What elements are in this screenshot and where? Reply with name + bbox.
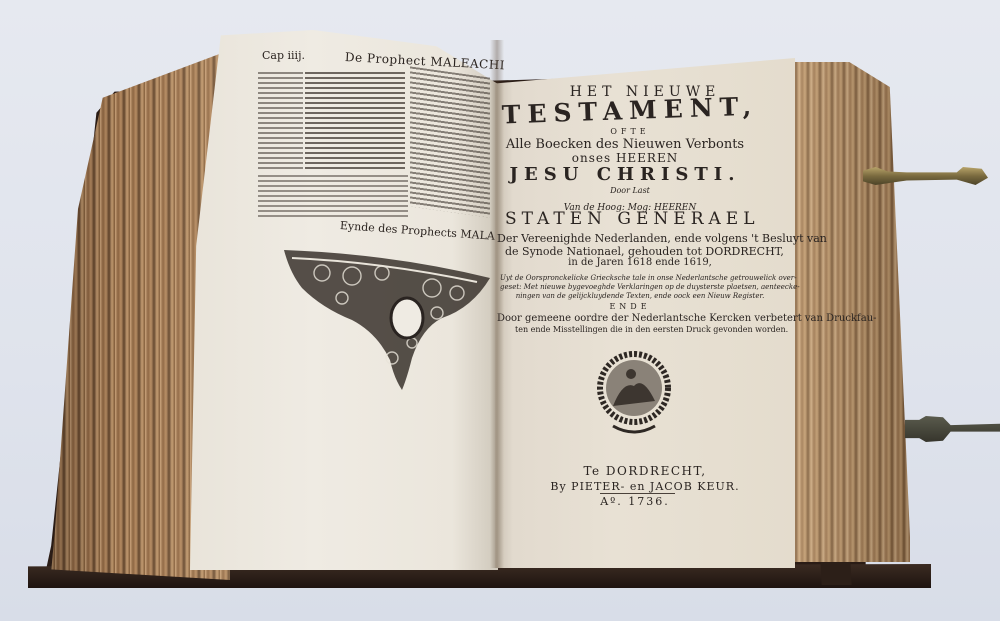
title-line-verklaringen: geset: Met nieuwe bygevoeghde Verklaring… (500, 283, 790, 291)
title-line-ofte: OFTE (560, 127, 700, 136)
imprint-printer: By PIETER- en JACOB KEUR. (540, 480, 750, 493)
title-line-ende: ENDE (600, 302, 660, 311)
title-line-alle-boecken: Alle Boecken des Nieuwen Verbonts (505, 137, 745, 152)
imprint-rule (600, 493, 675, 494)
scripture-column-1 (305, 72, 405, 172)
title-line-register: ningen van de gelijckluydende Texten, en… (510, 292, 770, 300)
margin-notes-column (258, 72, 303, 172)
title-line-oorspronckelicke: Uyt de Oorspronckelicke Griecksche tale … (500, 274, 790, 282)
imprint-year: Aº. 1736. (600, 495, 670, 508)
title-line-onses-heeren: onses HEEREN (525, 151, 725, 165)
right-page-block-edge (775, 62, 910, 562)
title-line-jesu-christi: JESU CHRISTI. (505, 164, 745, 185)
title-line-vereenighde: Der Vereenighde Nederlanden, ende volgen… (497, 232, 787, 245)
imprint-place: Te DORDRECHT, (580, 464, 710, 478)
running-header: Cap iiij. (262, 49, 305, 62)
title-line-jaren: in de Jaren 1618 ende 1619, (540, 257, 740, 268)
title-line-staten-generael: STATEN GENERAEL (505, 209, 755, 229)
printers-device-wreath-icon (593, 346, 675, 442)
ornament-cul-de-lampe-icon (282, 248, 492, 390)
title-line-misstellingen: ten ende Misstellingen die in den eerste… (515, 325, 775, 334)
footnotes-block (258, 175, 408, 220)
scripture-column-2 (410, 66, 490, 217)
title-line-gemeene-oordre: Door gemeene oordre der Nederlantsche Ke… (497, 313, 797, 324)
title-line-door-last: Door Last (590, 186, 670, 195)
brass-clasp-top (863, 167, 988, 185)
brass-clasp-bottom (905, 416, 1000, 442)
